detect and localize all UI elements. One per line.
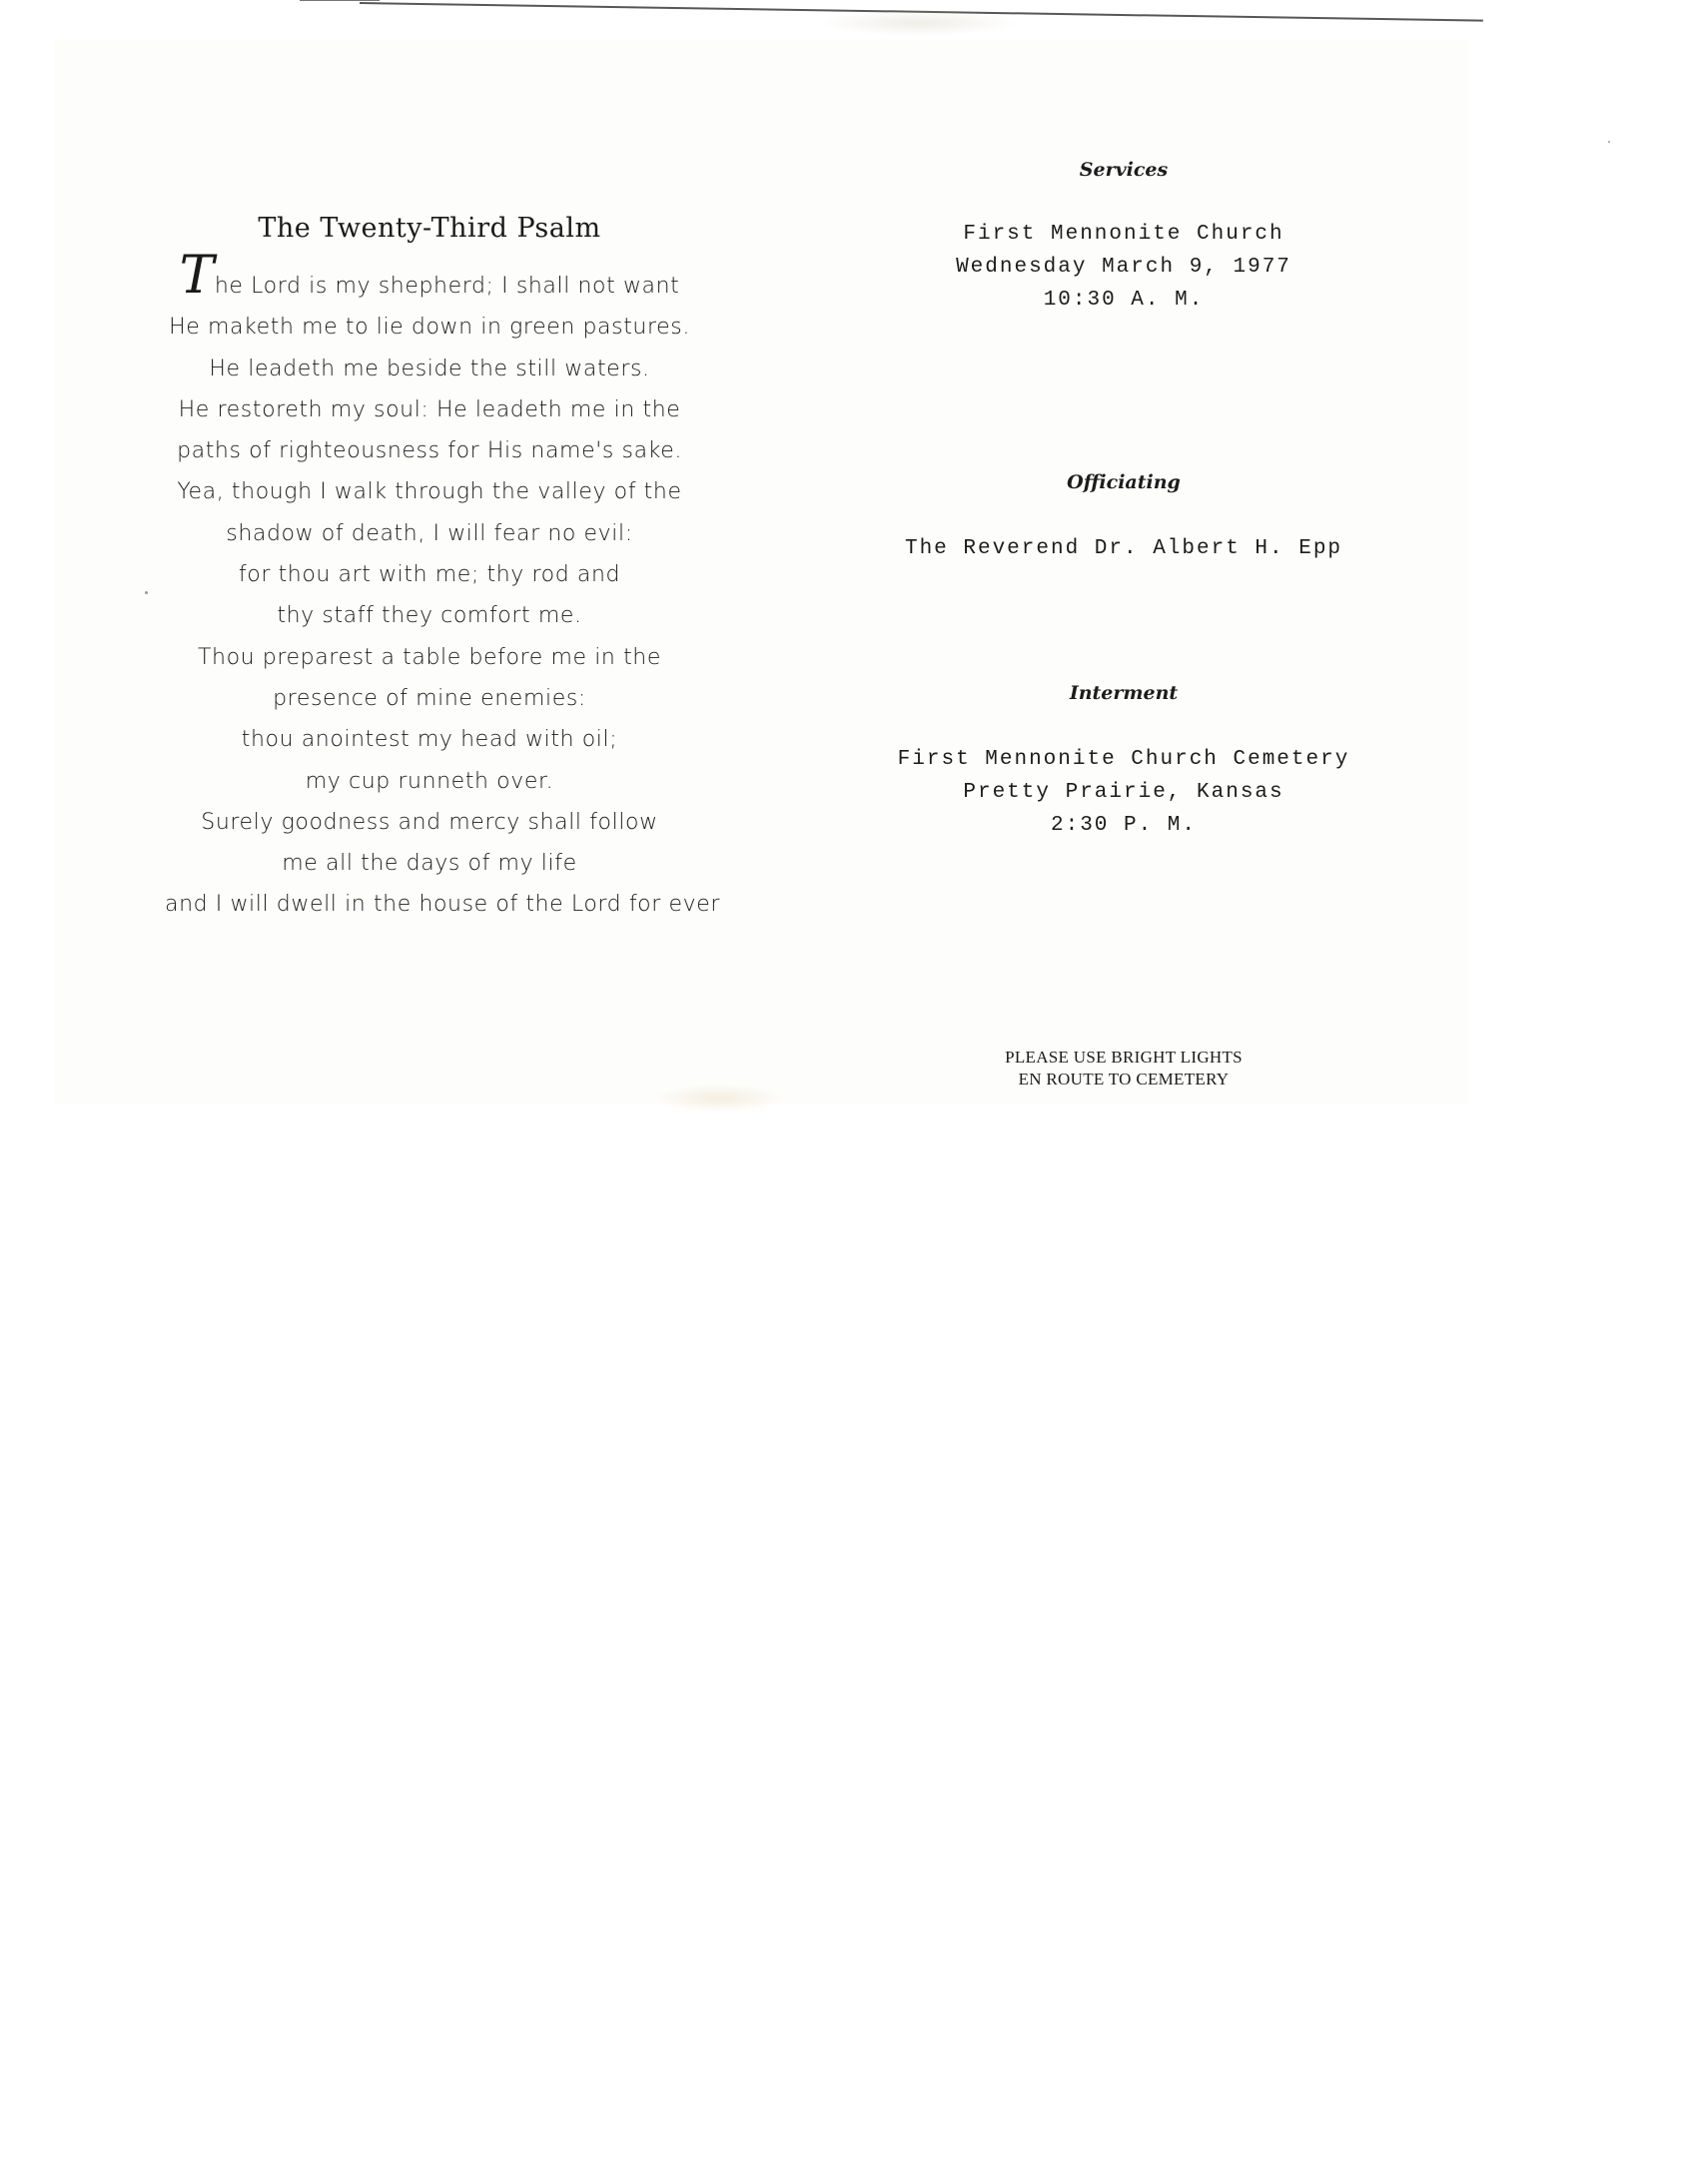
psalm-line: He maketh me to lie down in green pastur… bbox=[165, 307, 694, 348]
psalm-line: thy staff they comfort me. bbox=[165, 595, 694, 636]
psalm-line: He restoreth my soul: He leadeth me in t… bbox=[165, 389, 694, 430]
services-heading: Services bbox=[859, 150, 1388, 190]
interment-info: First Mennonite Church Cemetery Pretty P… bbox=[859, 743, 1388, 842]
psalm-line: He leadeth me beside the still waters. bbox=[165, 349, 694, 389]
psalm-line: thou anointest my head with oil; bbox=[165, 719, 694, 760]
psalm-verse-list: The Lord is my shepherd; I shall not wan… bbox=[165, 256, 694, 926]
interment-town: Pretty Prairie, Kansas bbox=[859, 776, 1388, 809]
psalm-line: for thou art with me; thy rod and bbox=[165, 554, 694, 595]
services-section: Services First Mennonite Church Wednesda… bbox=[859, 150, 1388, 317]
psalm-title: The Twenty-Third Psalm bbox=[165, 212, 694, 246]
interment-section: Interment First Mennonite Church Cemeter… bbox=[859, 673, 1388, 842]
psalm-line: The Lord is my shepherd; I shall not wan… bbox=[165, 256, 694, 307]
scan-speck bbox=[145, 591, 148, 594]
psalm-line: my cup runneth over. bbox=[165, 761, 694, 802]
interment-heading: Interment bbox=[859, 673, 1388, 713]
psalm-line: Yea, though I walk through the valley of… bbox=[165, 471, 694, 512]
psalm-line: paths of righteousness for His name's sa… bbox=[165, 430, 694, 471]
psalm-panel: The Twenty-Third Psalm The Lord is my sh… bbox=[165, 212, 694, 926]
paper-stain bbox=[654, 1084, 784, 1113]
services-date: Wednesday March 9, 1977 bbox=[859, 251, 1388, 284]
psalm-line: Surely goodness and mercy shall follow bbox=[165, 802, 694, 843]
scan-smudge bbox=[819, 10, 1019, 36]
psalm-line: me all the days of my life bbox=[165, 843, 694, 884]
psalm-line: and I will dwell in the house of the Lor… bbox=[165, 884, 694, 925]
scan-speck bbox=[1608, 141, 1610, 143]
services-location: First Mennonite Church bbox=[859, 218, 1388, 251]
scan-edge-mark bbox=[300, 0, 380, 1]
psalm-line: shadow of death, I will fear no evil: bbox=[165, 513, 694, 554]
officiating-info: The Reverend Dr. Albert H. Epp bbox=[859, 532, 1388, 565]
services-info: First Mennonite Church Wednesday March 9… bbox=[859, 218, 1388, 317]
psalm-line: presence of mine enemies: bbox=[165, 678, 694, 719]
officiating-section: Officiating The Reverend Dr. Albert H. E… bbox=[859, 462, 1388, 565]
services-time: 10:30 A. M. bbox=[859, 284, 1388, 317]
procession-notice: PLEASE USE BRIGHT LIGHTS EN ROUTE TO CEM… bbox=[859, 1047, 1388, 1091]
interment-location: First Mennonite Church Cemetery bbox=[859, 743, 1388, 776]
notice-line: EN ROUTE TO CEMETERY bbox=[859, 1069, 1388, 1091]
interment-time: 2:30 P. M. bbox=[859, 809, 1388, 842]
notice-line: PLEASE USE BRIGHT LIGHTS bbox=[859, 1047, 1388, 1069]
officiant-name: The Reverend Dr. Albert H. Epp bbox=[859, 532, 1388, 565]
officiating-heading: Officiating bbox=[859, 462, 1388, 502]
psalm-line: Thou preparest a table before me in the bbox=[165, 637, 694, 678]
